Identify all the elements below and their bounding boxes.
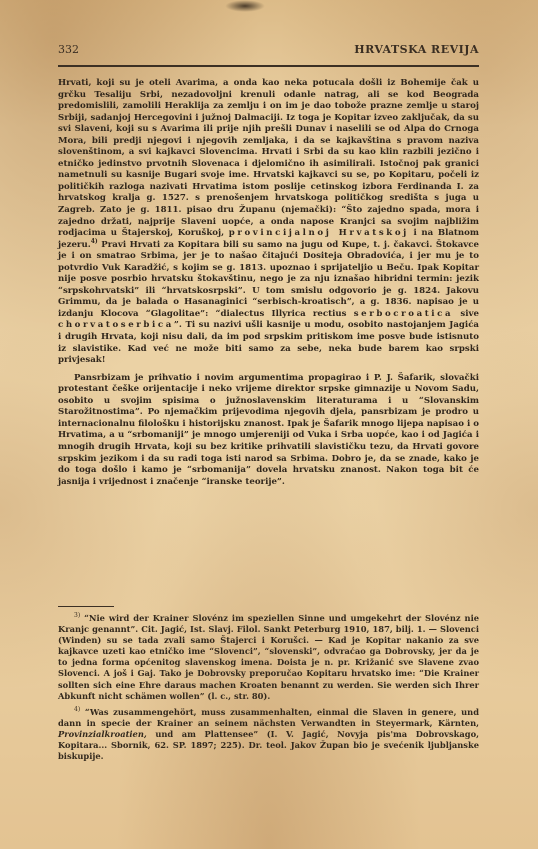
paragraph: Hrvati, koji su je oteli Avarima, a onda… (58, 78, 479, 367)
footnote-text: “Was zusammengehört, muss zusammenhalten… (58, 707, 479, 728)
footnote-separator (58, 606, 114, 607)
body-text: Hrvati, koji su je oteli Avarima, a onda… (58, 78, 479, 488)
text-run: Hrvati, koji su je oteli Avarima, a onda… (58, 78, 479, 238)
text-run: Pravi Hrvati za Kopitara bili su samo na… (58, 240, 479, 319)
spaced-emphasis: serbocroatica (354, 309, 453, 319)
footnote-4: 4) “Was zusammengehört, muss zusammenhal… (58, 707, 479, 762)
page-number: 332 (58, 43, 79, 56)
running-header: 332 HRVATSKA REVIJA (58, 43, 479, 56)
journal-title: HRVATSKA REVIJA (354, 43, 479, 56)
footnotes: 3) “Nie wird der Krainer Slovénz im spez… (58, 613, 479, 762)
spaced-emphasis: chorvatoserbica (58, 320, 174, 330)
page-edge-shadow (225, 0, 265, 12)
header-rule (58, 65, 479, 67)
footnote-text: “Nie wird der Krainer Slovénz im speziel… (58, 613, 479, 701)
spaced-emphasis: provincijalnoj Hrvatskoj (229, 228, 409, 238)
footnote-ref-4[interactable]: 4) (91, 238, 98, 245)
footnote-3: 3) “Nie wird der Krainer Slovénz im spez… (58, 613, 479, 702)
italic-term: Provinzialkroatien, (58, 729, 147, 739)
paragraph: Pansrbizam je prihvatio i novim argument… (58, 373, 479, 488)
text-run: sive (460, 309, 479, 319)
